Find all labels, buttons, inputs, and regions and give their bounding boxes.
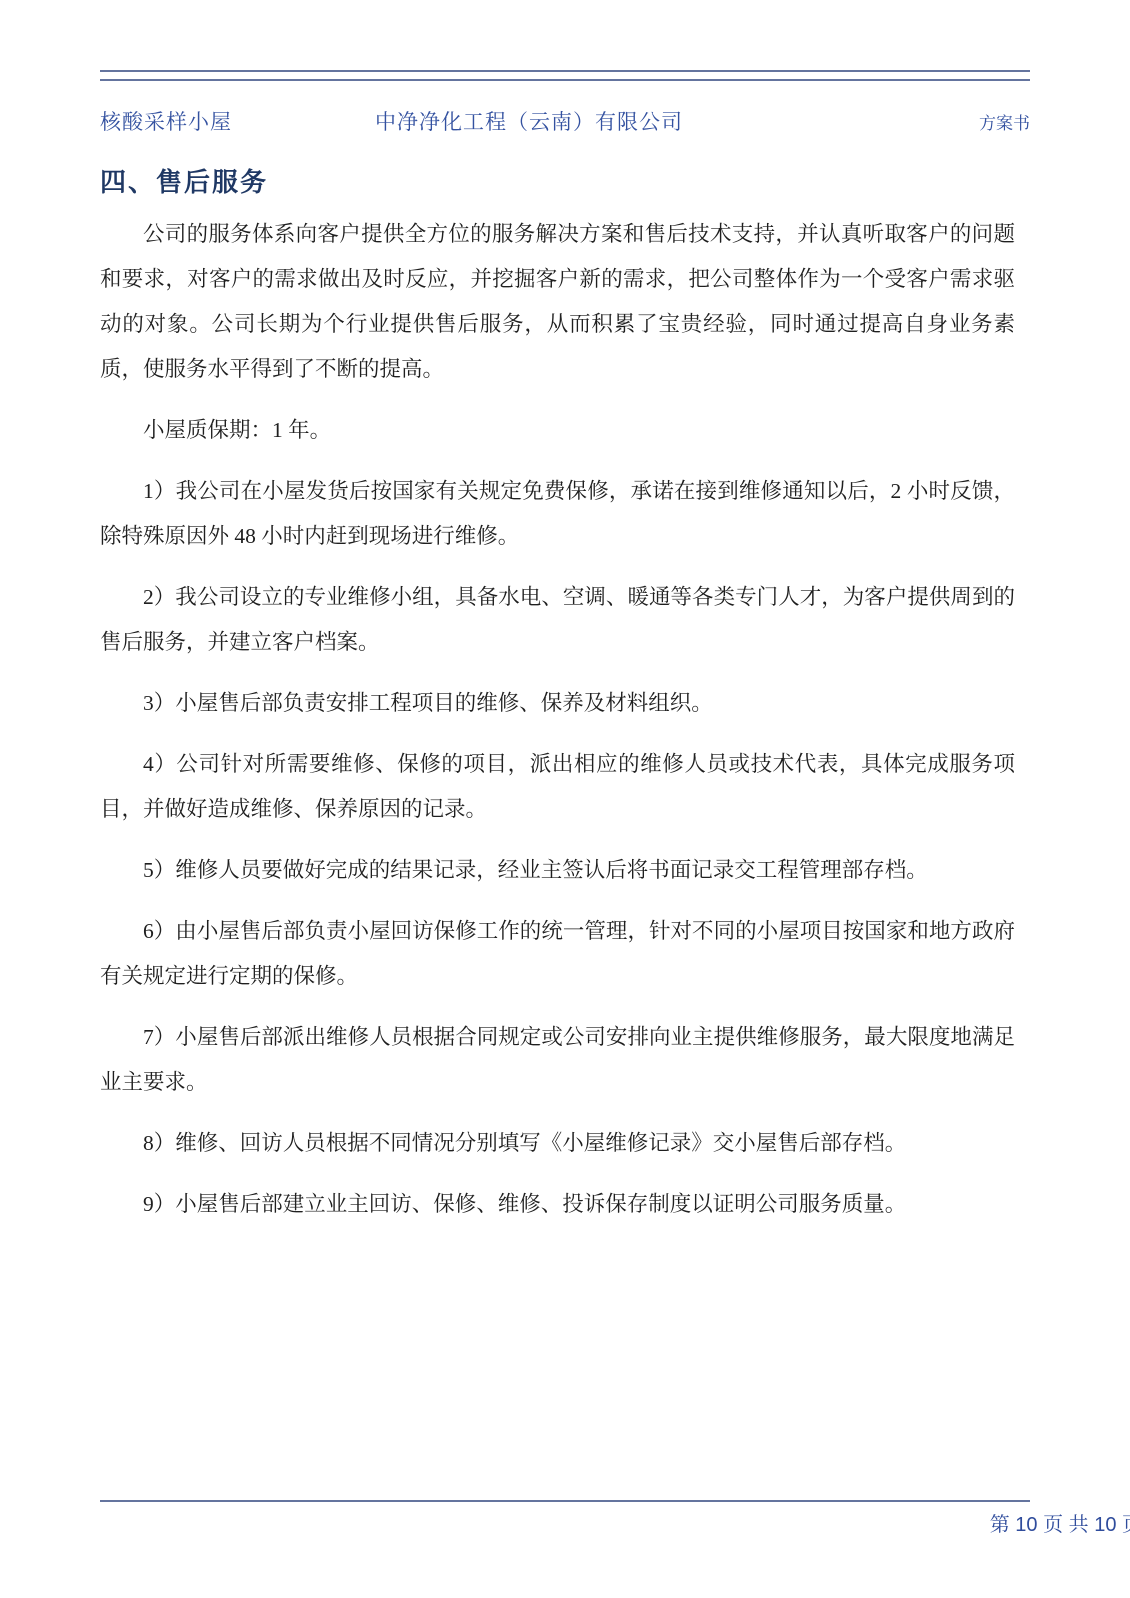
paragraph-item-8: 8）维修、回访人员根据不同情况分别填写《小屋维修记录》交小屋售后部存档。 [100, 1121, 1015, 1166]
section-title: 四、售后服务 [100, 162, 268, 199]
footer-rule [100, 1500, 1030, 1502]
paragraph-item-5: 5）维修人员要做好完成的结果记录，经业主签认后将书面记录交工程管理部存档。 [100, 848, 1015, 893]
paragraph-item-7: 7）小屋售后部派出维修人员根据合同规定或公司安排向业主提供维修服务，最大限度地满… [100, 1015, 1015, 1105]
paragraph-intro: 公司的服务体系向客户提供全方位的服务解决方案和售后技术支持，并认真听取客户的问题… [100, 212, 1015, 392]
header-rule-top [100, 70, 1030, 72]
paragraph-item-1: 1）我公司在小屋发货后按国家有关规定免费保修，承诺在接到维修通知以后，2 小时反… [100, 469, 1015, 559]
paragraph-item-4: 4）公司针对所需要维修、保修的项目，派出相应的维修人员或技术代表，具体完成服务项… [100, 742, 1015, 832]
paragraph-item-9: 9）小屋售后部建立业主回访、保修、维修、投诉保存制度以证明公司服务质量。 [100, 1182, 1015, 1227]
document-body: 公司的服务体系向客户提供全方位的服务解决方案和售后技术支持，并认真听取客户的问题… [100, 212, 1015, 1243]
paragraph-item-6: 6）由小屋售后部负责小屋回访保修工作的统一管理，针对不同的小屋项目按国家和地方政… [100, 909, 1015, 999]
header-double-rule [100, 70, 1030, 81]
document-page: 核酸采样小屋 中净净化工程（云南）有限公司 方案书 四、售后服务 公司的服务体系… [0, 0, 1130, 1598]
header-company-name: 中净净化工程（云南）有限公司 [375, 106, 683, 136]
paragraph-item-2: 2）我公司设立的专业维修小组，具备水电、空调、暖通等各类专门人才，为客户提供周到… [100, 575, 1015, 665]
page-header: 核酸采样小屋 中净净化工程（云南）有限公司 方案书 [100, 106, 1030, 136]
paragraph-warranty-period: 小屋质保期：1 年。 [100, 408, 1015, 453]
header-doc-type: 方案书 [979, 109, 1030, 134]
paragraph-item-3: 3）小屋售后部负责安排工程项目的维修、保养及材料组织。 [100, 681, 1015, 726]
header-rule-bottom [100, 79, 1030, 81]
footer-page-number: 第 10 页 共 10 页 [100, 1508, 1130, 1537]
header-project-name: 核酸采样小屋 [100, 106, 232, 136]
